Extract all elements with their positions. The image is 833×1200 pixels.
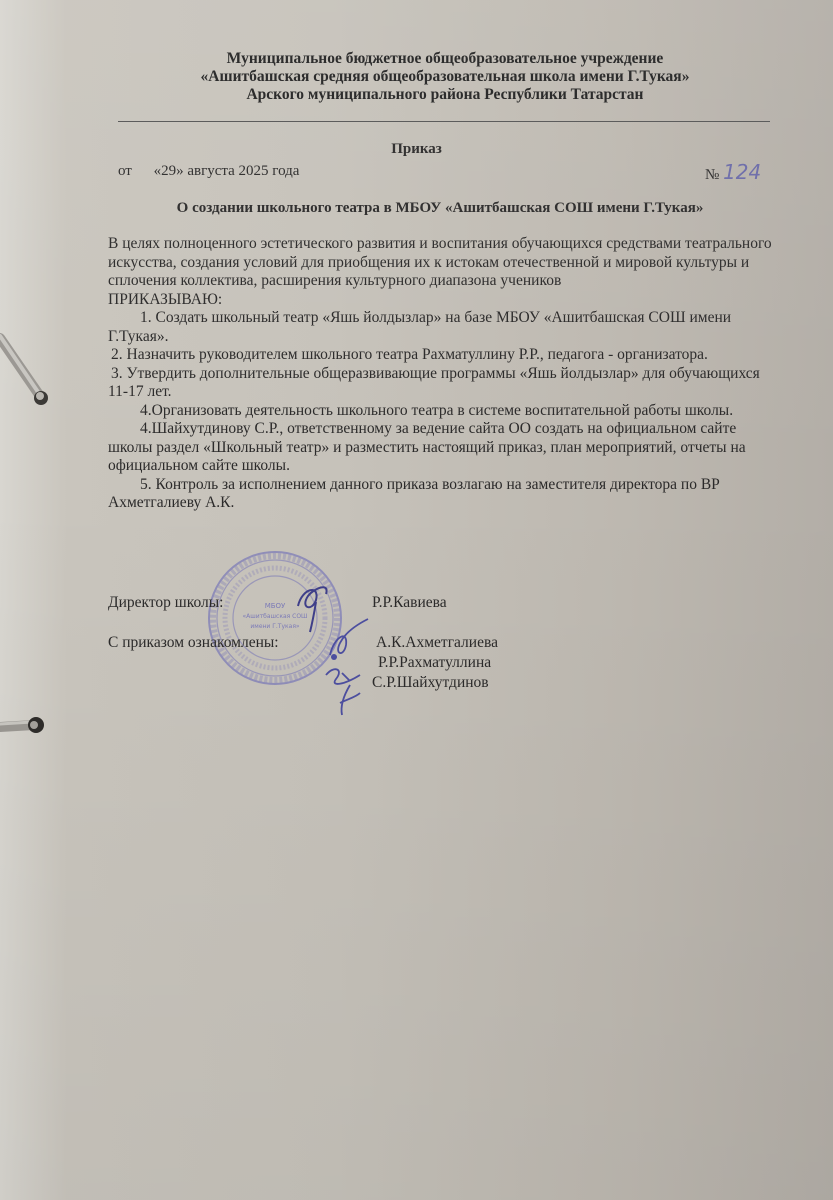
- institution-header: Муниципальное бюджетное общеобразователь…: [120, 50, 770, 104]
- order-word: ПРИКАЗЫВАЮ:: [108, 291, 778, 310]
- date-prefix: от: [118, 163, 132, 179]
- order-date: от «29» августа 2025 года: [118, 163, 299, 180]
- acquainted-label: С приказом ознакомлены:: [108, 634, 279, 652]
- date-value: «29» августа 2025 года: [154, 163, 300, 179]
- order-item-4: 4.Организовать деятельность школьного те…: [108, 402, 778, 421]
- acquaintance-signatures-icon: [320, 615, 380, 725]
- acquainted-name-1: А.К.Ахметгалиева: [376, 634, 498, 652]
- order-item-2: 2. Назначить руководителем школьного теа…: [108, 346, 778, 365]
- order-body: В целях полноценного эстетического разви…: [108, 235, 778, 513]
- header-line: Муниципальное бюджетное общеобразователь…: [120, 50, 770, 68]
- director-name: Р.Р.Кавиева: [372, 594, 447, 612]
- header-line: Арского муниципального района Республики…: [120, 86, 770, 104]
- number-label: №: [705, 167, 719, 183]
- document-photo: Муниципальное бюджетное общеобразователь…: [0, 0, 833, 1200]
- order-item-1: 1. Создать школьный театр «Яшь йолдызлар…: [108, 309, 778, 346]
- svg-text:МБОУ: МБОУ: [265, 602, 286, 610]
- order-item-4b: 4.Шайхутдинову С.Р., ответственному за в…: [108, 420, 778, 476]
- preamble: В целях полноценного эстетического разви…: [108, 235, 778, 291]
- acquainted-name-3: С.Р.Шайхутдинов: [372, 674, 489, 692]
- document-title: Приказ: [0, 141, 833, 158]
- binder-ring-top-icon: [0, 330, 60, 410]
- header-line: «Ашитбашская средняя общеобразовательная…: [120, 68, 770, 86]
- order-item-5: 5. Контроль за исполнением данного прика…: [108, 476, 778, 513]
- number-handwritten: 124: [723, 160, 761, 184]
- acquainted-name-2: Р.Р.Рахматуллина: [378, 654, 491, 672]
- order-number: № 124: [705, 160, 761, 184]
- header-divider: [118, 121, 770, 122]
- director-label: Директор школы:: [108, 594, 223, 612]
- order-subject: О создании школьного театра в МБОУ «Ашит…: [0, 200, 833, 217]
- order-item-3: 3. Утвердить дополнительные общеразвиваю…: [108, 365, 778, 402]
- binder-ring-bottom-icon: [0, 705, 60, 745]
